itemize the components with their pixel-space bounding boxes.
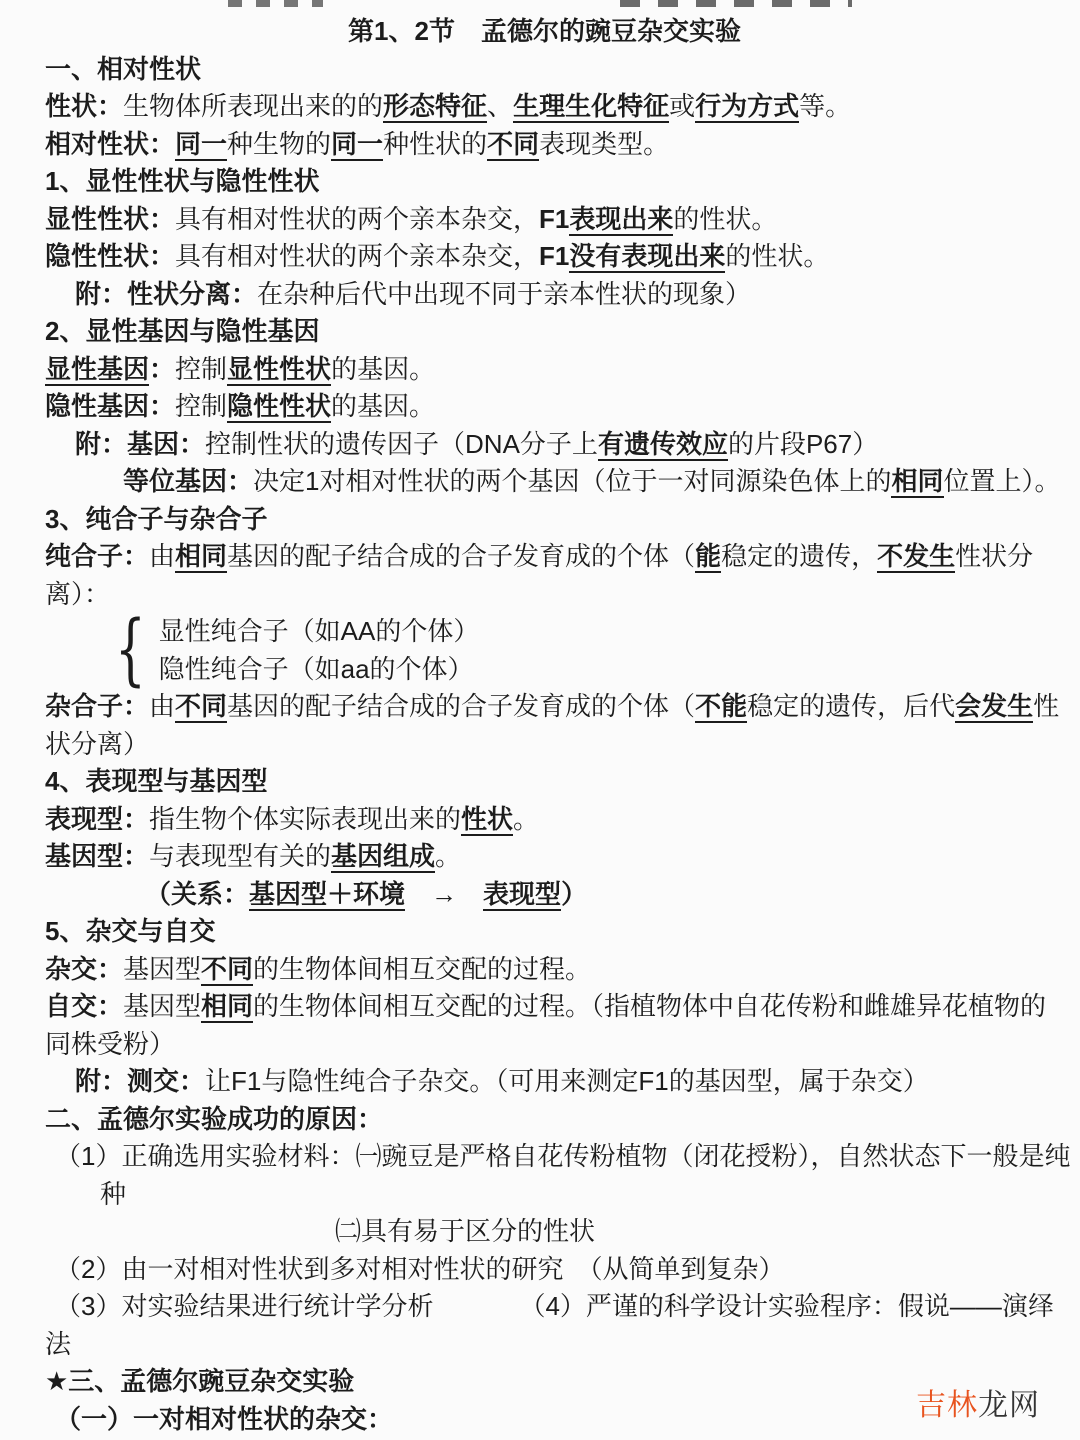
text-segment: 形态特征 bbox=[383, 91, 487, 123]
def-relative-trait: 相对性状：同一种生物的同一种性状的不同表现类型。 bbox=[45, 126, 1044, 164]
heading-sub-1: 1、显性性状与隐性性状 bbox=[45, 163, 1044, 201]
text-segment: 。 bbox=[435, 841, 461, 871]
text-segment: 基因组成 bbox=[331, 841, 435, 873]
text-segment: 让F1与隐性纯合子杂交。（可用来测定F1的基因型，属于杂交） bbox=[205, 1066, 929, 1096]
text-segment: 离）： bbox=[45, 579, 110, 609]
text-segment: 基因的配子结合成的合子发育成的个体（ bbox=[227, 541, 695, 571]
text-segment: 由 bbox=[149, 541, 175, 571]
text-segment: 自交： bbox=[45, 991, 123, 1021]
watermark-right-text: 龙网 bbox=[978, 1389, 1040, 1422]
text-segment: 。 bbox=[513, 804, 539, 834]
text-segment: 表现类型。 bbox=[539, 129, 669, 159]
text-segment: 相对性状： bbox=[45, 129, 175, 159]
text-segment: 一、相对性状 bbox=[45, 54, 201, 84]
text-segment: 二、孟德尔实验成功的原因： bbox=[45, 1104, 383, 1134]
reason-2: （2）由一对相对性状到多对相对性状的研究 （从简单到复杂） bbox=[45, 1251, 1044, 1289]
text-segment: 控制 bbox=[175, 391, 227, 421]
heading-section-2: 二、孟德尔实验成功的原因： bbox=[45, 1101, 1044, 1139]
text-segment: 不发生 bbox=[877, 541, 955, 573]
text-segment: 等位基因： bbox=[123, 466, 253, 496]
text-segment: 的性状。 bbox=[673, 204, 777, 234]
text-segment: 的基因。 bbox=[331, 391, 435, 421]
reason-1-line2: 种 bbox=[45, 1176, 1044, 1214]
text-segment: （关系： bbox=[145, 879, 249, 909]
homozygote-brace-group: {显性纯合子（如AA的个体）隐性纯合子（如aa的个体） bbox=[45, 613, 1044, 688]
text-segment: 基因型＋环境 bbox=[249, 879, 405, 911]
text-segment: 的性状。 bbox=[725, 241, 829, 271]
text-segment: 的片段P67） bbox=[728, 429, 878, 459]
text-segment: 相同 bbox=[891, 466, 943, 498]
text-segment: 行为方式 bbox=[695, 91, 799, 123]
text-content: 第1、2节 孟德尔的豌豆杂交实验一、相对性状性状：生物体所表现出来的的形态特征、… bbox=[0, 0, 1080, 1438]
text-segment: 显性性状 bbox=[227, 354, 331, 386]
text-segment: 基因型： bbox=[45, 841, 149, 871]
def-dominant-trait: 显性性状：具有相对性状的两个亲本杂交，F1表现出来的性状。 bbox=[45, 201, 1044, 239]
text-segment: 基因： bbox=[127, 429, 205, 459]
text-segment: 控制 bbox=[175, 354, 227, 384]
text-segment: 位置上）。 bbox=[944, 466, 1061, 496]
text-segment: 相同 bbox=[201, 991, 253, 1023]
text-segment: 与表现型有关的 bbox=[149, 841, 331, 871]
text-segment: （1）正确选用实验材料：㈠豌豆是严格自花传粉植物（闭花授粉），自然状态下一般是纯 bbox=[55, 1141, 1070, 1171]
text-segment: 法 bbox=[45, 1329, 71, 1359]
heading-section-3: ★三、孟德尔豌豆杂交实验 bbox=[45, 1363, 1044, 1401]
note-test-cross: 附：测交：让F1与隐性纯合子杂交。（可用来测定F1的基因型，属于杂交） bbox=[45, 1063, 1044, 1101]
def-selfing-line2: 同株受粉） bbox=[45, 1026, 1044, 1064]
heading-sub-4: 4、表现型与基因型 bbox=[45, 763, 1044, 801]
text-segment: 表现型： bbox=[45, 804, 149, 834]
text-segment: 生理生化特征 bbox=[513, 91, 669, 123]
left-brace-glyph: { bbox=[115, 613, 146, 688]
heading-section-1: 一、相对性状 bbox=[45, 51, 1044, 89]
text-segment: 在杂种后代中出现不同于亲本性状的现象） bbox=[257, 279, 751, 309]
text-segment: 没有表现出来 bbox=[569, 241, 725, 273]
text-segment: 相同 bbox=[175, 541, 227, 573]
cropped-text-artifact-left bbox=[228, 0, 323, 7]
text-segment: 能 bbox=[695, 541, 721, 573]
text-segment: （4）严谨的科学设计实验程序：假说——演绎 bbox=[519, 1291, 1053, 1321]
text-segment: （3）对实验结果进行统计学分析 bbox=[55, 1291, 433, 1321]
text-segment: → bbox=[405, 879, 483, 909]
def-dominant-gene: 显性基因：控制显性性状的基因。 bbox=[45, 351, 1044, 389]
def-homozygote-line1: 纯合子：由相同基因的配子结合成的合子发育成的个体（能稳定的遗传，不发生性状分 bbox=[45, 538, 1044, 576]
text-segment: F1 bbox=[539, 241, 569, 271]
text-segment: 纯合子： bbox=[45, 541, 149, 571]
text-segment: 同一 bbox=[175, 129, 227, 161]
text-segment: 状分离） bbox=[45, 729, 149, 759]
text-segment: 生物体所表现出来的的 bbox=[123, 91, 383, 121]
text-segment: 具有相对性状的两个亲本杂交， bbox=[175, 204, 539, 234]
text-segment: F1 bbox=[539, 204, 569, 234]
text-segment: ） bbox=[561, 879, 587, 909]
note-relation: （关系：基因型＋环境 → 表现型） bbox=[45, 876, 1044, 914]
text-segment: （一）一对相对性状的杂交： bbox=[55, 1404, 393, 1434]
watermark-left-text: 吉林 bbox=[916, 1389, 978, 1422]
def-phenotype: 表现型：指生物个体实际表现出来的性状。 bbox=[45, 801, 1044, 839]
text-segment: 杂合子： bbox=[45, 691, 149, 721]
note-gene: 附：基因：控制性状的遗传因子（DNA分子上有遗传效应的片段P67） bbox=[45, 426, 1044, 464]
text-segment: 基因型 bbox=[123, 991, 201, 1021]
text-segment: 隐性性状 bbox=[227, 391, 331, 423]
text-segment: 4、表现型与基因型 bbox=[45, 766, 267, 796]
text-segment: ： bbox=[149, 354, 175, 384]
text-segment: 种 bbox=[100, 1179, 126, 1209]
text-segment: 不同 bbox=[201, 954, 253, 986]
text-segment: 不同 bbox=[487, 129, 539, 161]
text-segment: 附： bbox=[75, 279, 127, 309]
text-segment: 的基因。 bbox=[331, 354, 435, 384]
text-segment: 表现出来 bbox=[569, 204, 673, 236]
text-segment: 种生物的 bbox=[227, 129, 331, 159]
reason-1-line3: ㈡具有易于区分的性状 bbox=[45, 1213, 1044, 1251]
def-selfing-line1: 自交：基因型相同的生物体间相互交配的过程。（指植物体中自花传粉和雌雄异花植物的 bbox=[45, 988, 1044, 1026]
document-page: 第1、2节 孟德尔的豌豆杂交实验一、相对性状性状：生物体所表现出来的的形态特征、… bbox=[0, 0, 1080, 1440]
def-heterozygote-line2: 状分离） bbox=[45, 726, 1044, 764]
text-segment: 、 bbox=[487, 91, 513, 121]
text-segment: 第1、2节 孟德尔的豌豆杂交实验 bbox=[348, 16, 741, 46]
doc-title: 第1、2节 孟德尔的豌豆杂交实验 bbox=[45, 13, 1044, 51]
text-segment: 5、杂交与自交 bbox=[45, 916, 215, 946]
note-trait-segregation: 附：性状分离：在杂种后代中出现不同于亲本性状的现象） bbox=[45, 276, 1044, 314]
text-segment: 有遗传效应 bbox=[598, 429, 728, 461]
text-segment: 同株受粉） bbox=[45, 1029, 175, 1059]
text-segment: 会发生 bbox=[955, 691, 1033, 723]
text-segment: 等。 bbox=[799, 91, 851, 121]
text-segment: 控制性状的遗传因子（DNA分子上 bbox=[205, 429, 598, 459]
text-segment: 的生物体间相互交配的过程。 bbox=[253, 954, 591, 984]
text-segment: 同一 bbox=[331, 129, 383, 161]
text-segment: 不能 bbox=[695, 691, 747, 723]
text-segment: ㈡具有易于区分的性状 bbox=[335, 1216, 595, 1246]
text-segment: 性状 bbox=[461, 804, 513, 836]
text-segment: 稳定的遗传，后代 bbox=[747, 691, 955, 721]
def-trait: 性状：生物体所表现出来的的形态特征、生理生化特征或行为方式等。 bbox=[45, 88, 1044, 126]
text-segment: 稳定的遗传， bbox=[721, 541, 877, 571]
text-segment: 性状： bbox=[45, 91, 123, 121]
text-segment: 性状分离： bbox=[127, 279, 257, 309]
text-segment: 由 bbox=[149, 691, 175, 721]
def-genotype: 基因型：与表现型有关的基因组成。 bbox=[45, 838, 1044, 876]
def-hybridization: 杂交：基因型不同的生物体间相互交配的过程。 bbox=[45, 951, 1044, 989]
text-segment: 杂交： bbox=[45, 954, 123, 984]
heading-sub-5: 5、杂交与自交 bbox=[45, 913, 1044, 951]
text-segment: 性 bbox=[1033, 691, 1059, 721]
text-segment: 1、显性性状与隐性性状 bbox=[45, 166, 319, 196]
def-homozygote-line2: 离）： bbox=[45, 576, 1044, 614]
text-segment: 基因型 bbox=[123, 954, 201, 984]
brace-item: 隐性纯合子（如aa的个体） bbox=[159, 651, 480, 689]
text-segment: 显性性状： bbox=[45, 204, 175, 234]
text-segment: 测交： bbox=[127, 1066, 205, 1096]
reason-3-and-4: （3）对实验结果进行统计学分析（4）严谨的科学设计实验程序：假说——演绎 bbox=[45, 1288, 1044, 1326]
text-segment: （2）由一对相对性状到多对相对性状的研究 （从简单到复杂） bbox=[55, 1254, 784, 1284]
text-segment: 的生物体间相互交配的过程。（指植物体中自花传粉和雌雄异花植物的 bbox=[253, 991, 1046, 1021]
brace-items: 显性纯合子（如AA的个体）隐性纯合子（如aa的个体） bbox=[159, 613, 480, 688]
watermark: 吉林龙网 bbox=[916, 1380, 1040, 1424]
note-allele: 等位基因：决定1对相对性状的两个基因（位于一对同源染色体上的相同位置上）。 bbox=[45, 463, 1044, 501]
text-segment: 隐性基因： bbox=[45, 391, 175, 421]
text-segment: 3、纯合子与杂合子 bbox=[45, 504, 267, 534]
heading-sub-3: 3、纯合子与杂合子 bbox=[45, 501, 1044, 539]
text-segment: 表现型 bbox=[483, 879, 561, 911]
text-segment: 基因的配子结合成的合子发育成的个体（ bbox=[227, 691, 695, 721]
cropped-text-artifact-right bbox=[620, 0, 852, 7]
text-segment: ★三、孟德尔豌豆杂交实验 bbox=[45, 1366, 354, 1396]
text-segment: 指生物个体实际表现出来的 bbox=[149, 804, 461, 834]
text-segment: 隐性性状： bbox=[45, 241, 175, 271]
def-heterozygote-line1: 杂合子：由不同基因的配子结合成的合子发育成的个体（不能稳定的遗传，后代会发生性 bbox=[45, 688, 1044, 726]
heading-sub-2: 2、显性基因与隐性基因 bbox=[45, 313, 1044, 351]
heading-sub-3-1: （一）一对相对性状的杂交： bbox=[45, 1401, 1044, 1439]
text-segment: 2、显性基因与隐性基因 bbox=[45, 316, 319, 346]
brace-item: 显性纯合子（如AA的个体） bbox=[159, 613, 480, 651]
text-segment: 附： bbox=[75, 429, 127, 459]
reason-4-line2: 法 bbox=[45, 1326, 1044, 1364]
reason-1-line1: （1）正确选用实验材料：㈠豌豆是严格自花传粉植物（闭花授粉），自然状态下一般是纯 bbox=[45, 1138, 1044, 1176]
text-segment: 显性基因 bbox=[45, 354, 149, 386]
text-segment: 决定1对相对性状的两个基因（位于一对同源染色体上的 bbox=[253, 466, 891, 496]
def-recessive-trait: 隐性性状：具有相对性状的两个亲本杂交，F1没有表现出来的性状。 bbox=[45, 238, 1044, 276]
def-recessive-gene: 隐性基因：控制隐性性状的基因。 bbox=[45, 388, 1044, 426]
text-segment: 性状分 bbox=[955, 541, 1033, 571]
text-segment: 或 bbox=[669, 91, 695, 121]
text-segment: 具有相对性状的两个亲本杂交， bbox=[175, 241, 539, 271]
text-segment: 不同 bbox=[175, 691, 227, 723]
text-segment: 附： bbox=[75, 1066, 127, 1096]
text-segment: 种性状的 bbox=[383, 129, 487, 159]
